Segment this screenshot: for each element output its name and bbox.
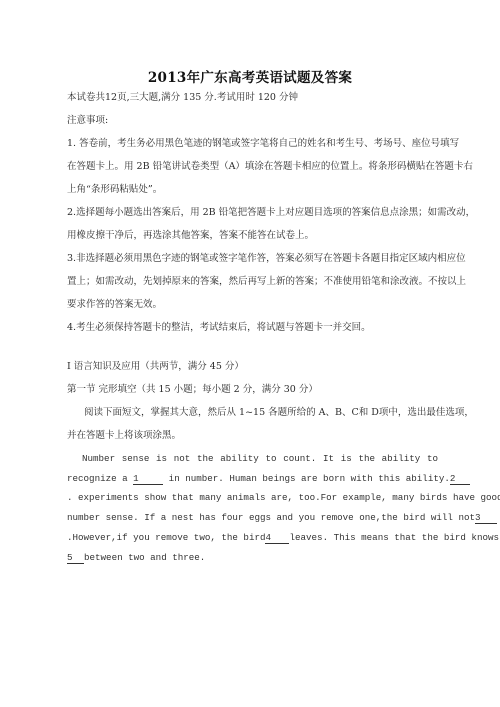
- note-line: 3.非选择题必须用黑色字迹的钢笔或签字笔作答，答案必须写在答题卡各题目指定区域内…: [67, 253, 439, 265]
- instruction-line: 并在答题卡上将该项涂黑。: [67, 430, 439, 442]
- passage-text: Number sense is not the ability to count…: [82, 453, 438, 464]
- blank-4: 4: [265, 533, 289, 544]
- passage-line: . experiments show that many animals are…: [67, 492, 439, 504]
- passage-line: Number sense is not the ability to count…: [82, 453, 438, 465]
- exam-intro: 本试卷共12页,三大题,满分 135 分.考试用时 120 分钟: [67, 92, 439, 104]
- note-line: 要求作答的答案无效。: [67, 299, 439, 311]
- passage-text: recognize a: [67, 473, 133, 484]
- passage-text: .However,if you remove two, the bird: [67, 532, 265, 543]
- note-line: 4.考生必须保持答题卡的整洁，考试结束后，将试题与答题卡一并交回。: [67, 322, 439, 334]
- note-line: 上角“条形码粘贴处”。: [67, 184, 439, 196]
- section-title: I 语言知识及应用（共两节，满分 45 分）: [67, 361, 439, 373]
- blank-2: 2: [450, 474, 470, 485]
- note-line: 用橡皮擦干净后，再选涂其他答案，答案不能答在试卷上。: [67, 230, 439, 242]
- note-line: 置上；如需改动，先划掉原来的答案，然后再写上新的答案；不准使用铅笔和涂改液。不按…: [67, 276, 439, 288]
- notes-heading: 注意事项:: [67, 115, 439, 127]
- passage-line: number sense. If a nest has four eggs an…: [67, 512, 439, 524]
- passage-text: number sense. If a nest has four eggs an…: [67, 512, 475, 523]
- passage-line: 5between two and three.: [67, 552, 439, 564]
- subsection-title: 第一节 完形填空（共 15 小题；每小题 2 分，满分 30 分）: [67, 384, 439, 396]
- passage-text: between two and three.: [84, 552, 205, 563]
- passage-text: in number. Human beings are born with th…: [163, 473, 450, 484]
- passage-text: . experiments show that many animals are…: [67, 492, 500, 503]
- note-line: 2.选择题每小题选出答案后，用 2B 铅笔把答题卡上对应题目选项的答案信息点涂黑…: [67, 207, 439, 219]
- blank-5: 5: [67, 553, 84, 564]
- document-page: 2013年广东高考英语试题及答案 本试卷共12页,三大题,满分 135 分.考试…: [0, 0, 500, 707]
- note-line: 1. 答卷前，考生务必用黑色笔迹的钢笔或签字笔将自己的姓名和考生号、考场号、座位…: [67, 138, 439, 150]
- instruction-line: 阅读下面短文，掌握其大意，然后从 1~15 各题所给的 A、B、C和 D项中，选…: [84, 407, 439, 419]
- note-line: 在答题卡上。用 2B 铅笔讲试卷类型（A）填涂在答题卡相应的位置上。将条形码横贴…: [67, 161, 439, 173]
- passage-line: recognize a 1 in number. Human beings ar…: [67, 473, 439, 485]
- passage-line: .However,if you remove two, the bird4lea…: [67, 532, 439, 544]
- blank-3: 3: [475, 513, 497, 524]
- document-title: 2013年广东高考英语试题及答案: [0, 66, 500, 86]
- blank-1: 1: [133, 474, 163, 485]
- passage-text: leaves. This means that the bird knows t…: [289, 532, 500, 543]
